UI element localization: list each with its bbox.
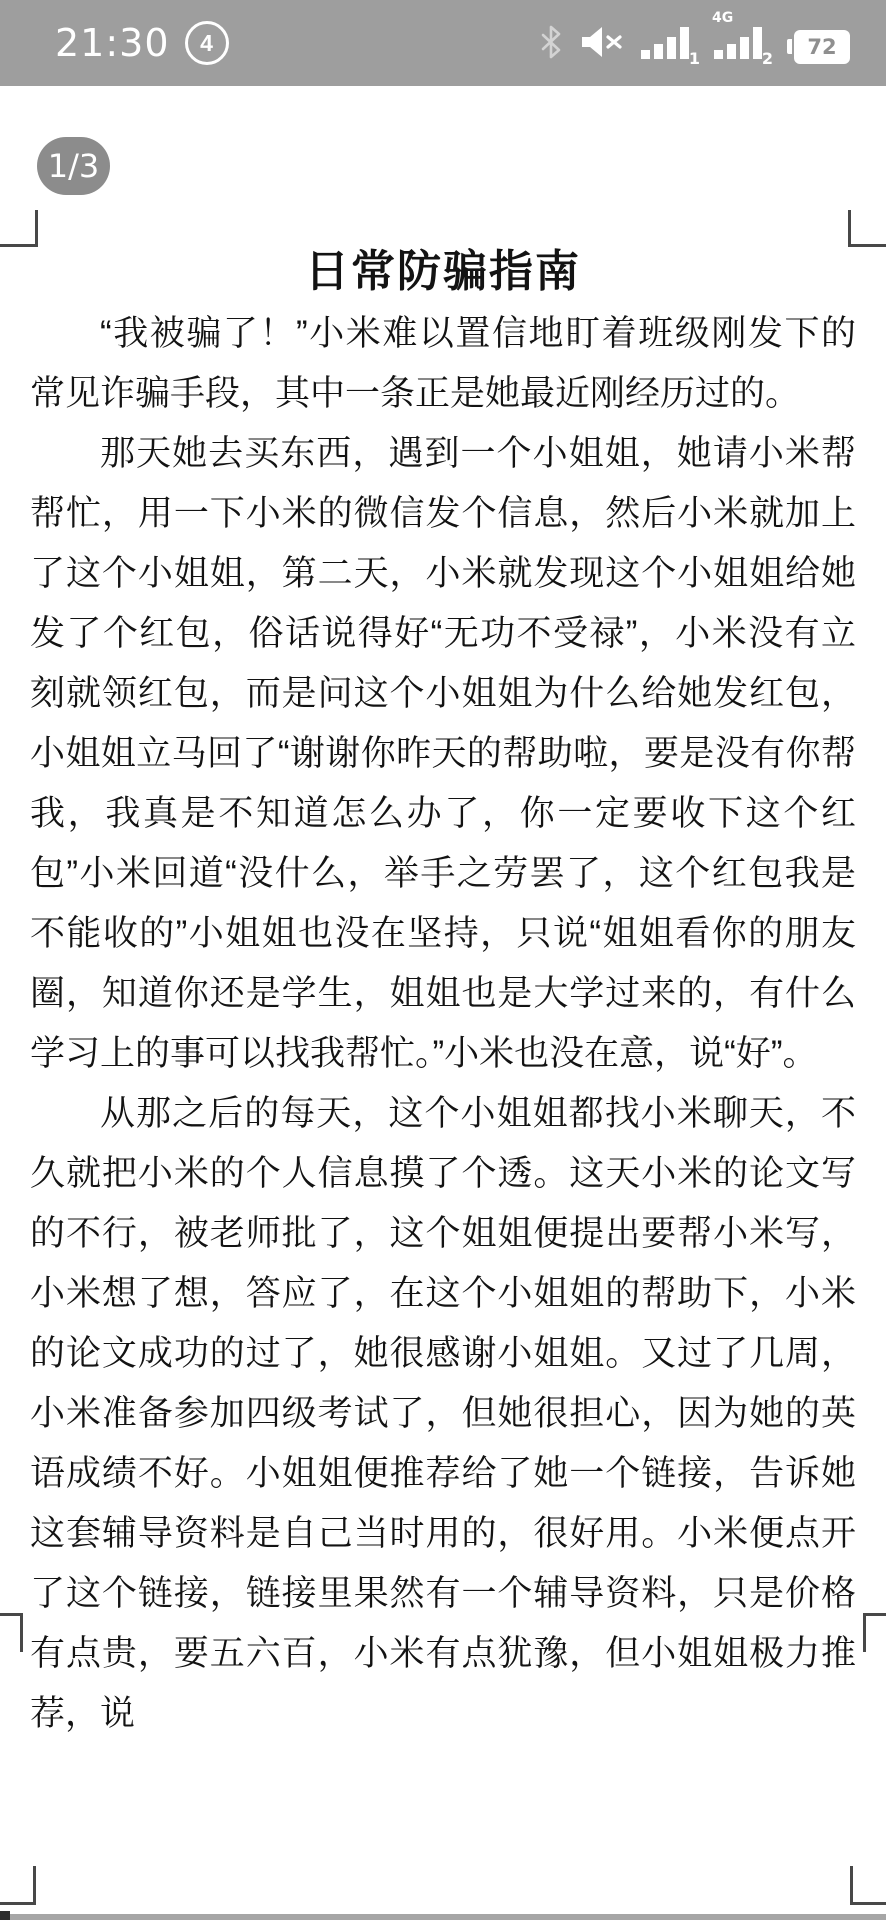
sim2-number: 2	[762, 51, 773, 67]
status-bar-left: 21:30 4	[55, 21, 229, 65]
status-bar-right: 1 4G 2 72	[539, 23, 850, 64]
crop-mark-middle-right	[863, 1613, 886, 1652]
network-type-label: 4G	[712, 11, 733, 25]
battery-icon: 72	[787, 30, 850, 64]
document-page[interactable]: 日常防骗指南 “我被骗了！”小米难以置信地盯着班级刚发下的常见诈骗手段，其中一条…	[30, 240, 856, 1744]
clock: 21:30	[55, 24, 170, 62]
sim1-number: 1	[689, 51, 700, 67]
page-indicator-badge: 1/3	[37, 137, 110, 195]
crop-mark-bottom-right	[850, 1866, 886, 1905]
document-title: 日常防骗指南	[30, 240, 856, 304]
crop-mark-bottom-left	[0, 1866, 36, 1905]
volume-muted-icon	[580, 25, 624, 64]
status-bar[interactable]: 21:30 4	[0, 0, 886, 86]
phone-screen: 21:30 4	[0, 0, 886, 1920]
signal-sim2-icon: 4G 2	[714, 23, 770, 64]
notification-count: 4	[200, 32, 213, 55]
signal-sim1-icon: 1	[641, 23, 697, 64]
document-paragraph: 从那之后的每天，这个小姐姐都找小米聊天，不久就把小米的个人信息摸了个透。这天小米…	[30, 1084, 856, 1744]
battery-nub	[787, 39, 792, 54]
document-paragraph: 那天她去买东西，遇到一个小姐姐，她请小米帮帮忙，用一下小米的微信发个信息，然后小…	[30, 424, 856, 1084]
bluetooth-icon	[539, 25, 563, 64]
document-paragraph: “我被骗了！”小米难以置信地盯着班级刚发下的常见诈骗手段，其中一条正是她最近刚经…	[30, 304, 856, 424]
crop-mark-middle-left	[0, 1613, 23, 1652]
bottom-left-mark	[0, 1911, 10, 1920]
battery-level: 72	[794, 30, 850, 64]
bottom-bar-edge	[0, 1914, 886, 1920]
notification-count-icon: 4	[185, 21, 229, 65]
